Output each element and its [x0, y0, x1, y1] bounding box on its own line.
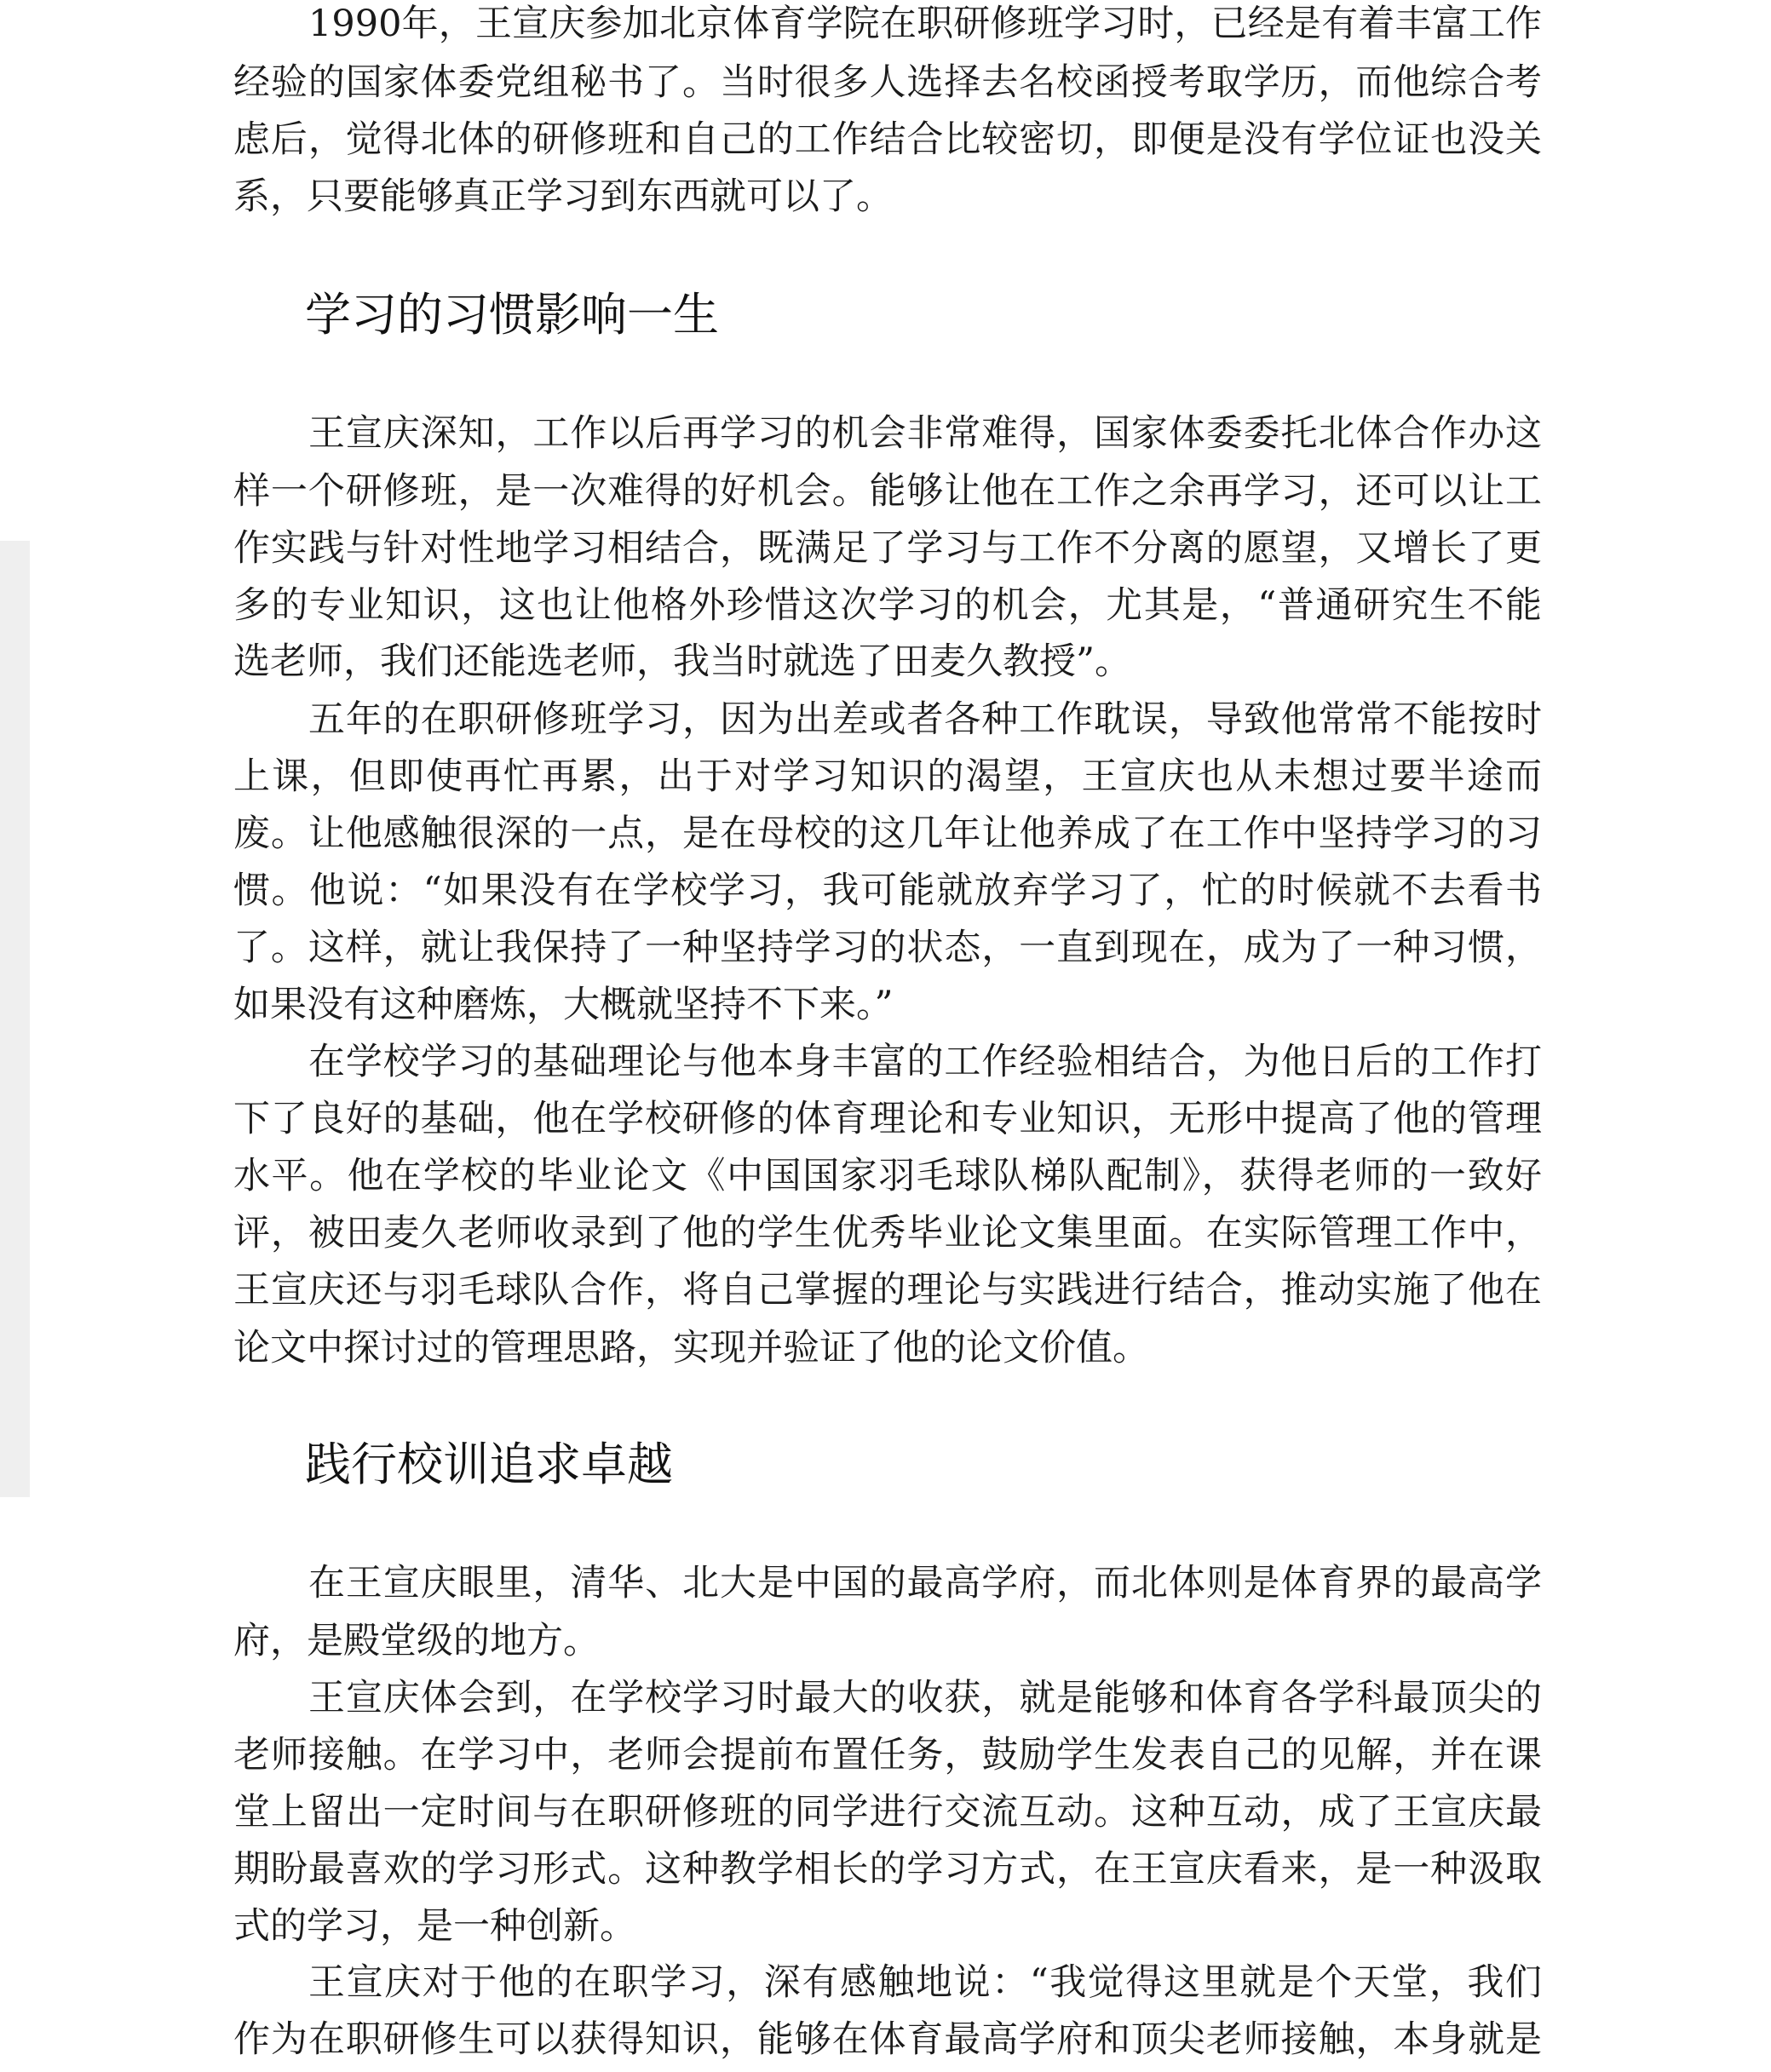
paragraph-line: 系，只要能够真正学习到东西就可以了。	[233, 171, 1542, 222]
paragraph-line: 水平。他在学校的毕业论文《中国国家羽毛球队梯队配制》，获得老师的一致好	[233, 1151, 1542, 1202]
paragraph-line: 论文中探讨过的管理思路，实现并验证了他的论文价值。	[233, 1323, 1542, 1374]
paragraph-line: 1990年，王宣庆参加北京体育学院在职研修班学习时，已经是有着丰富工作	[308, 0, 1542, 49]
section-heading: 学习的习惯影响一生	[305, 285, 719, 345]
paragraph-line: 了。这样，就让我保持了一种坚持学习的状态，一直到现在，成为了一种习惯，	[233, 922, 1542, 973]
section-heading: 践行校训追求卓越	[305, 1435, 673, 1495]
paragraph-line: 如果没有这种磨炼，大概就坚持不下来。”	[233, 979, 1542, 1030]
paragraph-line: 下了良好的基础，他在学校研修的体育理论和专业知识，无形中提高了他的管理	[233, 1093, 1542, 1145]
paragraph-line: 王宣庆体会到，在学校学习时最大的收获，就是能够和体育各学科最顶尖的	[308, 1673, 1542, 1724]
paragraph-line: 上课，但即使再忙再累，出于对学习知识的渴望，王宣庆也从未想过要半途而	[233, 751, 1542, 802]
paragraph-line: 选老师，我们还能选老师，我当时就选了田麦久教授”。	[233, 636, 1542, 687]
paragraph-line: 作为在职研修生可以获得知识，能够在体育最高学府和顶尖老师接触，本身就是	[233, 2014, 1542, 2065]
paragraph-line: 式的学习，是一种创新。	[233, 1901, 1542, 1952]
page-edge-shadow	[0, 541, 30, 1497]
paragraph-line: 在学校学习的基础理论与他本身丰富的工作经验相结合，为他日后的工作打	[308, 1036, 1542, 1088]
paragraph-line: 在王宣庆眼里，清华、北大是中国的最高学府，而北体则是体育界的最高学	[308, 1558, 1542, 1609]
paragraph-line: 样一个研修班，是一次难得的好机会。能够让他在工作之余再学习，还可以让工	[233, 466, 1542, 517]
paragraph-line: 评，被田麦久老师收录到了他的学生优秀毕业论文集里面。在实际管理工作中，	[233, 1208, 1542, 1259]
paragraph-line: 王宣庆还与羽毛球队合作，将自己掌握的理论与实践进行结合，推动实施了他在	[233, 1265, 1542, 1316]
paragraph-line: 府，是殿堂级的地方。	[233, 1616, 1542, 1667]
paragraph-line: 惯。他说：“如果没有在学校学习，我可能就放弃学习了，忙的时候就不去看书	[233, 865, 1542, 916]
paragraph-line: 作实践与针对性地学习相结合，既满足了学习与工作不分离的愿望，又增长了更	[233, 523, 1542, 574]
paragraph-line: 王宣庆深知，工作以后再学习的机会非常难得，国家体委委托北体合作办这	[308, 408, 1542, 459]
paragraph-line: 堂上留出一定时间与在职研修班的同学进行交流互动。这种互动，成了王宣庆最	[233, 1787, 1542, 1838]
paragraph-line: 废。让他感触很深的一点，是在母校的这几年让他养成了在工作中坚持学习的习	[233, 808, 1542, 859]
paragraph-line: 虑后，觉得北体的研修班和自己的工作结合比较密切，即便是没有学位证也没关	[233, 114, 1542, 165]
paragraph-line: 经验的国家体委党组秘书了。当时很多人选择去名校函授考取学历，而他综合考	[233, 57, 1542, 108]
paragraph-line: 期盼最喜欢的学习形式。这种教学相长的学习方式，在王宣庆看来，是一种汲取	[233, 1844, 1542, 1895]
paragraph-line: 多的专业知识，这也让他格外珍惜这次学习的机会，尤其是，“普通研究生不能	[233, 580, 1542, 631]
paragraph-line: 五年的在职研修班学习，因为出差或者各种工作耽误，导致他常常不能按时	[308, 694, 1542, 745]
paragraph-line: 王宣庆对于他的在职学习，深有感触地说：“我觉得这里就是个天堂，我们	[308, 1957, 1542, 2008]
paragraph-line: 老师接触。在学习中，老师会提前布置任务，鼓励学生发表自己的见解，并在课	[233, 1730, 1542, 1781]
